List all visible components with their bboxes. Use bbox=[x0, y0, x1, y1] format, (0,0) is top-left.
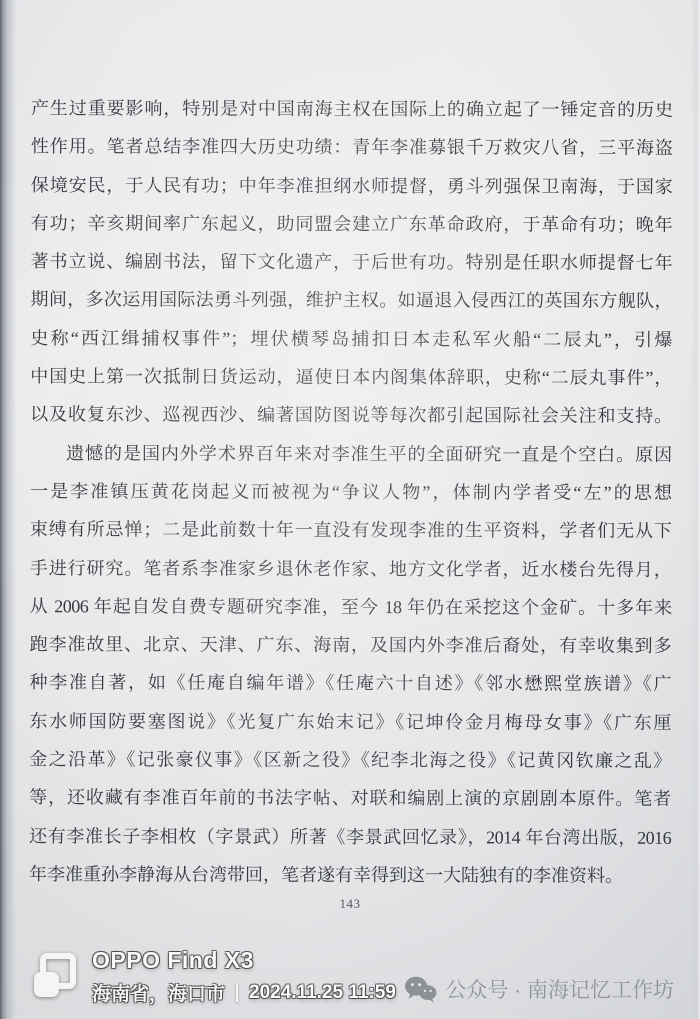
body-text-line: 以及收复东沙、巡视西沙、编著国防图说等每次都引起国际社会关注和支持。 bbox=[30, 396, 672, 436]
body-text-line: 种李准自著，如《任庵自编年谱》《任庵六十自述》《邻水懋熙堂族谱》《广 bbox=[29, 664, 671, 704]
body-text-line: 一是李准镇压黄花岗起义而被视为“争议人物”，体制内学者受“左”的思想 bbox=[30, 472, 672, 512]
photo-meta-row: 海南省，海口市 2024.11.25 11:59 bbox=[92, 979, 396, 1006]
body-text-line: 史称“西江缉捕权事件”；埋伏横琴岛捕扣日本走私军火船“二辰丸”，引爆 bbox=[30, 319, 672, 359]
oppo-logo-icon bbox=[34, 953, 76, 997]
body-text-line: 期间，多次运用国际法勇斗列强，维护主权。如逼退入侵西江的英国东方舰队， bbox=[30, 281, 672, 321]
page-left-edge-shadow bbox=[0, 0, 16, 1019]
page-body-text: 产生过重要影响，特别是对中国南海主权在国际上的确立起了一锤定音的历史 性作用。笔… bbox=[29, 89, 673, 895]
body-text-line: 保境安民，于人民有功；中年李准担纲水师提督，勇斗列强保卫南海，于国家 bbox=[31, 166, 673, 206]
body-text-line: 产生过重要影响，特别是对中国南海主权在国际上的确立起了一锤定音的历史 bbox=[31, 89, 673, 129]
meta-divider bbox=[236, 983, 238, 1002]
body-text-line: 著书立说、编剧书法，留下文化遗产，于后世有功。特别是任职水师提督七年 bbox=[31, 242, 673, 282]
page-number: 143 bbox=[0, 896, 700, 912]
device-name: OPPO Find X3 bbox=[92, 947, 396, 974]
body-text-line: 东水师国防要塞图说》《光复广东始末记》《记坤伶金月梅母女事》《广东厘 bbox=[29, 702, 671, 742]
body-text-line: 从 2006 年起自发自费专题研究李准，至今 18 年仍在采挖这个金矿。十多年来 bbox=[30, 587, 672, 627]
book-page-photo: 产生过重要影响，特别是对中国南海主权在国际上的确立起了一锤定音的历史 性作用。笔… bbox=[0, 0, 700, 1019]
watermark-text-group: OPPO Find X3 海南省，海口市 2024.11.25 11:59 bbox=[92, 947, 396, 1006]
wechat-icon bbox=[404, 976, 437, 1003]
camera-watermark: OPPO Find X3 海南省，海口市 2024.11.25 11:59 bbox=[34, 947, 396, 1006]
oppo-logo-solid-square bbox=[34, 972, 59, 997]
page-right-edge-highlight bbox=[691, 0, 700, 1019]
body-text-line: 有功；辛亥期间率广东起义，助同盟会建立广东革命政府，于革命有功；晚年 bbox=[31, 204, 673, 244]
datetime-text: 2024.11.25 11:59 bbox=[249, 982, 396, 1004]
body-text-line: 跑李准故里、北京、天津、广东、海南，及国内外李准后裔处，有幸收集到多 bbox=[30, 625, 672, 665]
body-text-line: 性作用。笔者总结李准四大历史功绩：青年李准募银千万救灾八省，三平海盗 bbox=[31, 127, 673, 167]
body-text-line: 束缚有所忌惮；二是此前数十年一直没有发现李准的生平资料，学者们无从下 bbox=[30, 510, 672, 550]
body-text-line: 年李准重孙李静海从台湾带回，笔者遂有幸得到这一大陆独有的李准资料。 bbox=[29, 855, 671, 895]
body-text-line: 还有李准长子李相枚（字景武）所著《李景武回忆录》，2014 年台湾出版，2016 bbox=[29, 817, 671, 857]
body-text-line: 等，还收藏有李准百年前的书法字帖、对联和编剧上演的京剧剧本原件。笔者 bbox=[29, 779, 671, 819]
body-text-line: 中国史上第一次抵制日货运动，逼使日本内阁集体辞职，史称“二辰丸事件”， bbox=[30, 357, 672, 397]
channel-watermark: 公众号 · 南海记忆工作坊 bbox=[404, 974, 674, 1004]
location-text: 海南省，海口市 bbox=[92, 979, 225, 1006]
body-text-line: 金之沿革》《记张豪仪事》《区新之役》《纪李北海之役》《记黄冈钦廉之乱》 bbox=[29, 740, 671, 780]
channel-name: 公众号 · 南海记忆工作坊 bbox=[445, 974, 674, 1004]
body-text-line: 遗憾的是国内外学术界百年来对李准生平的全面研究一直是个空白。原因 bbox=[30, 434, 672, 474]
body-text-line: 手进行研究。笔者系李准家乡退休老作家、地方文化学者，近水楼台先得月， bbox=[30, 549, 672, 589]
